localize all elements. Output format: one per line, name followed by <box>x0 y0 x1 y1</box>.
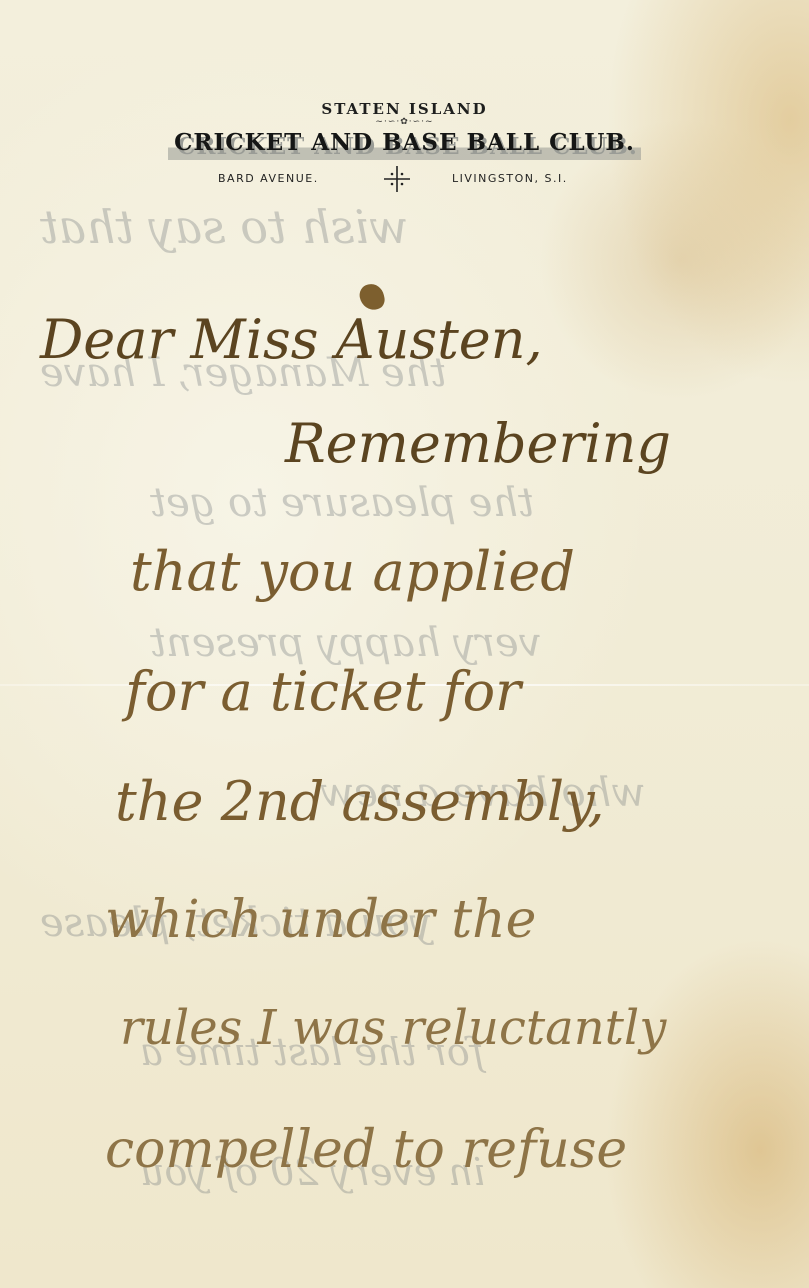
address-left: BARD AVENUE. <box>218 172 319 185</box>
letter-line: rules I was reluctantly <box>120 1000 666 1056</box>
letter-salutation: Dear Miss Austen, <box>40 308 543 371</box>
letter-line: which under the <box>105 890 536 950</box>
letterhead-ornament: ~·∽·✿·∽·~ <box>0 117 809 127</box>
letter-line: for a ticket for <box>125 660 521 723</box>
letter-line: the 2nd assembly, <box>115 770 605 833</box>
letter-line: compelled to refuse <box>105 1120 627 1180</box>
club-name: CRICKET AND BASE BALL CLUB. <box>168 129 641 160</box>
letter-page: wish to say that the Manager, I have the… <box>0 0 809 1288</box>
letter-line: Remembering <box>285 412 671 475</box>
letterhead: STATEN ISLAND ~·∽·✿·∽·~ CRICKET AND BASE… <box>0 100 809 190</box>
letter-line: that you applied <box>130 540 575 603</box>
bleed-through-line: wish to say that <box>40 200 408 254</box>
letterhead-line1: STATEN ISLAND <box>0 100 809 118</box>
bleed-through-line: the pleasure to get <box>150 480 534 526</box>
address-right: LIVINGSTON, S.I. <box>452 172 568 185</box>
letterhead-address: BARD AVENUE. LIVINGSTON, S.I. <box>0 168 809 190</box>
cross-ornament-icon <box>382 164 412 194</box>
